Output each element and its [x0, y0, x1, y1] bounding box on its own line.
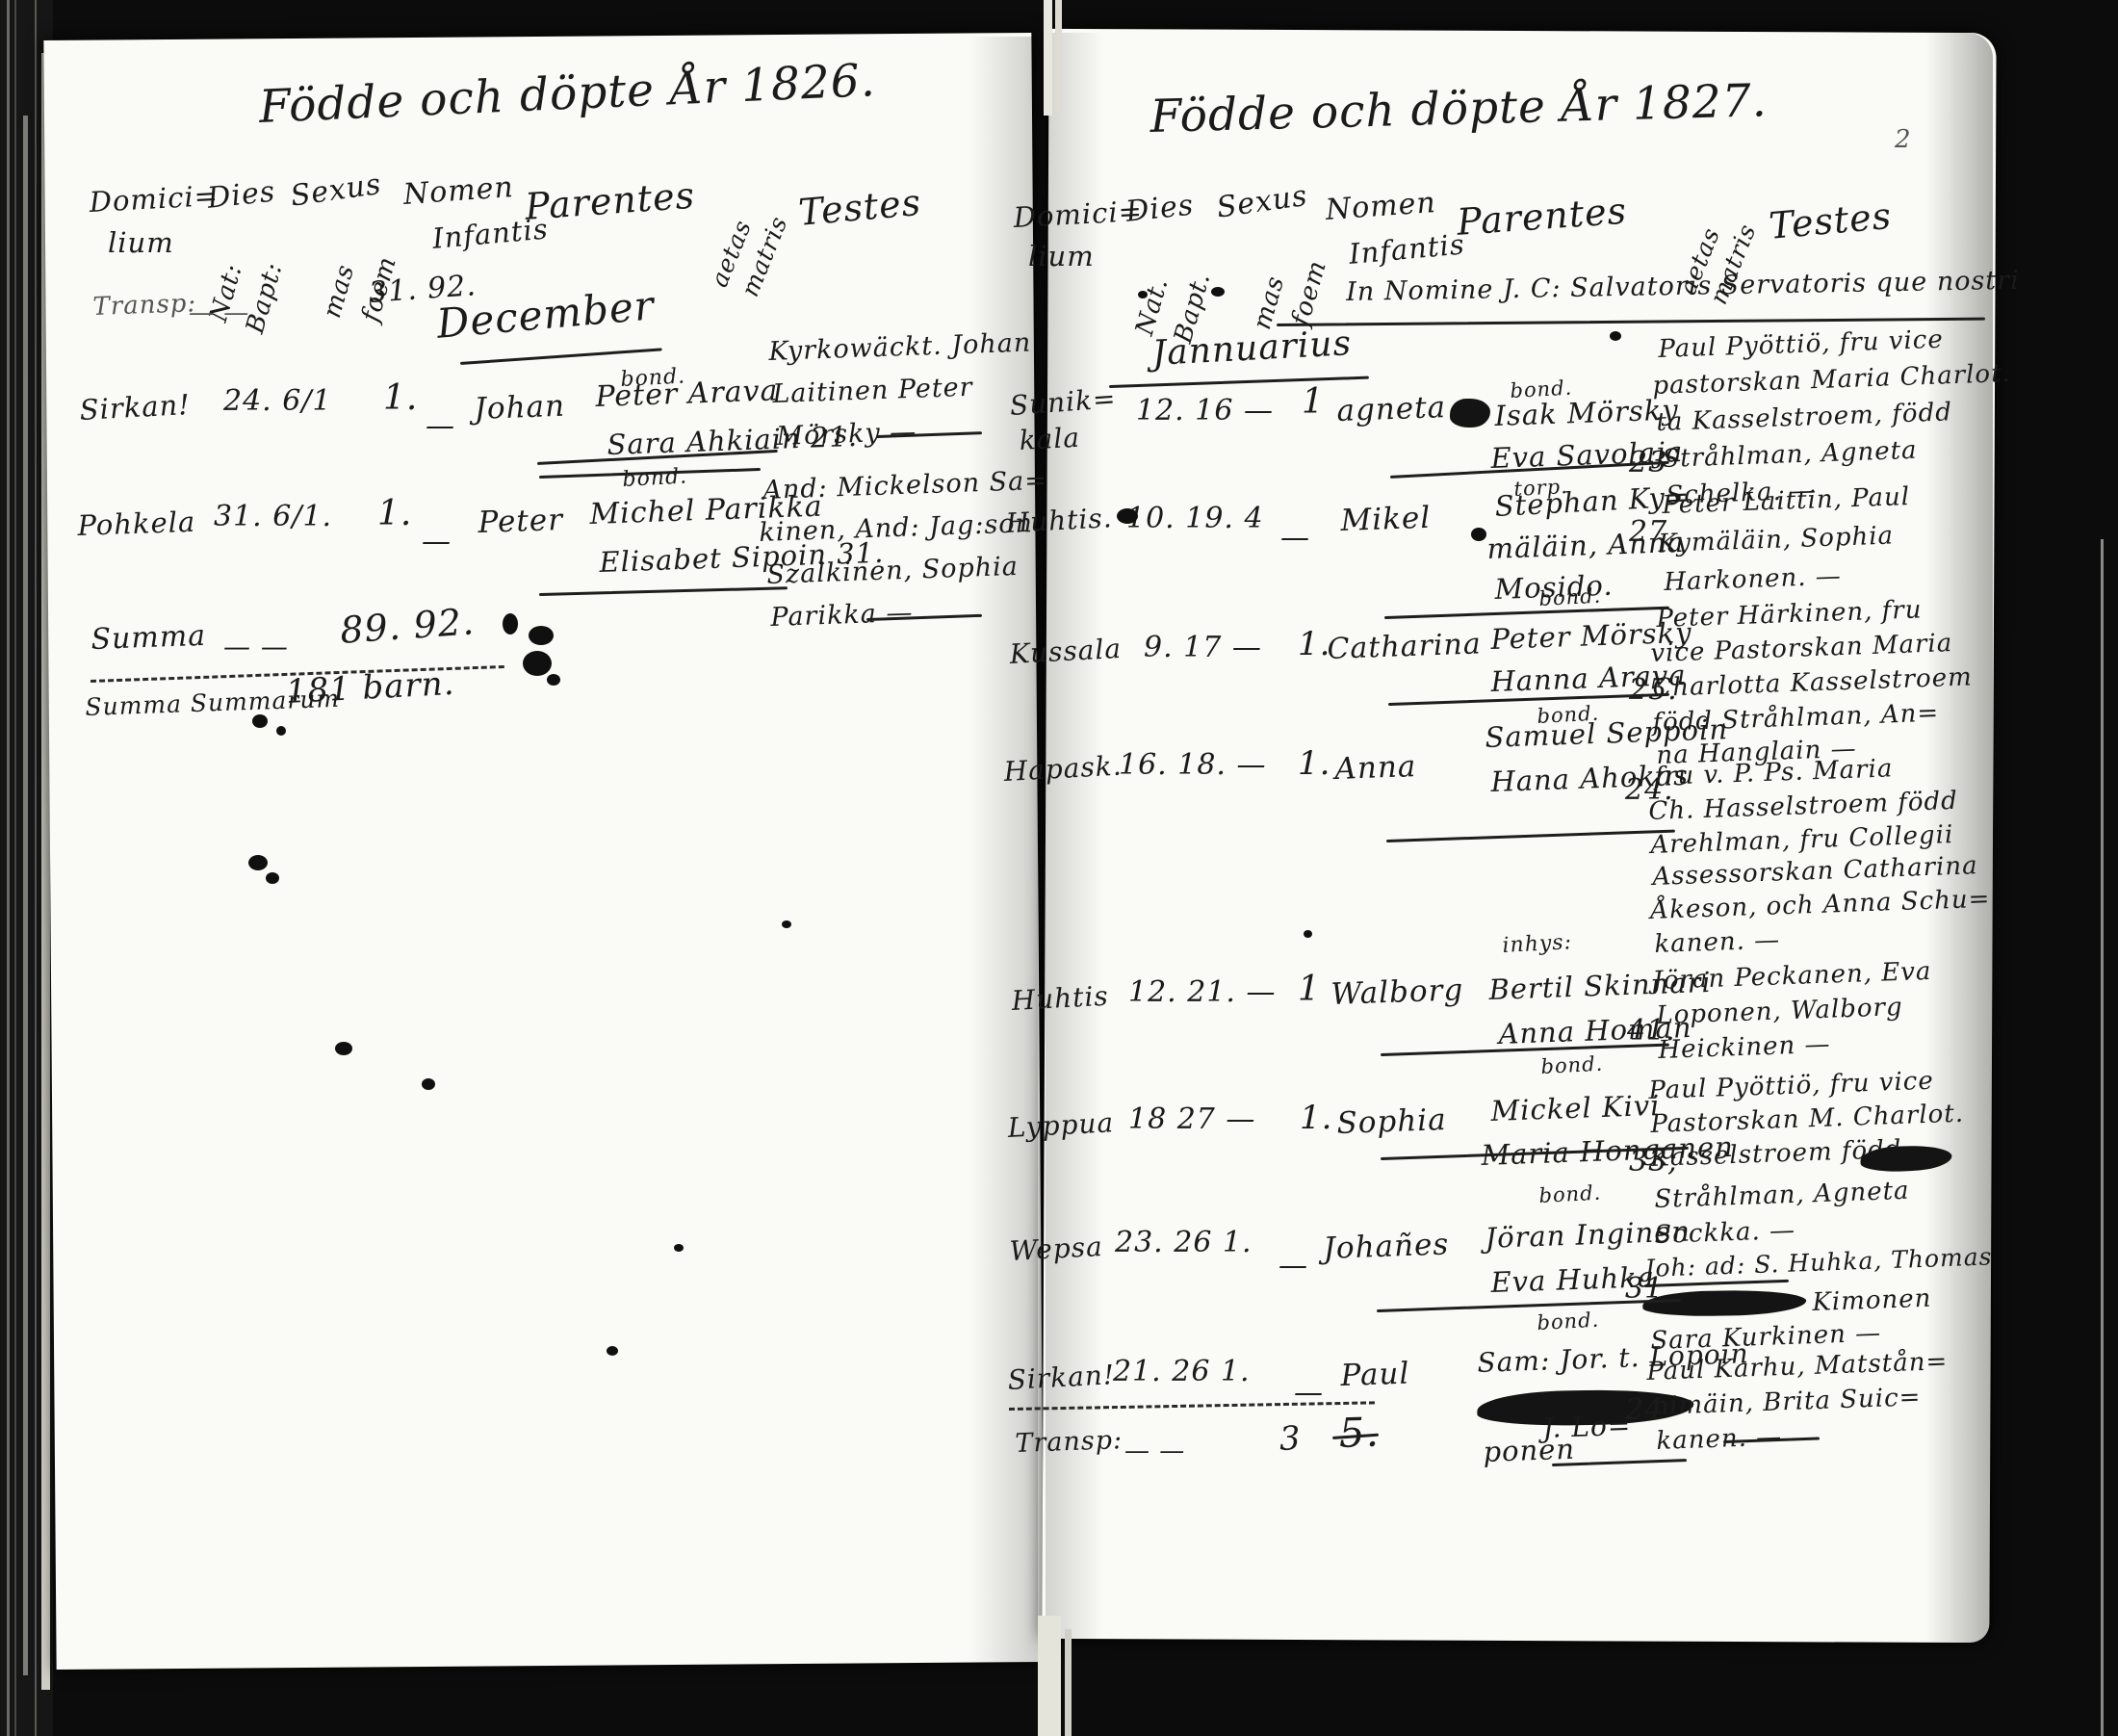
- transport-label: Transp:: [92, 291, 197, 320]
- ink-blot: [1211, 287, 1225, 297]
- summa-total: 89. 92.: [339, 603, 476, 649]
- center-page-edge: [1038, 1616, 1061, 1736]
- center-page-edge: [1044, 0, 1052, 116]
- column-header-domicilium: Domici=: [1013, 197, 1144, 232]
- entry-sex-mark: 1.: [1298, 747, 1330, 780]
- occupation-note: bond.: [1540, 1054, 1604, 1077]
- ink-blot: [252, 714, 268, 728]
- entry-child-name: Walborg: [1330, 975, 1464, 1010]
- entry-dates: 12. 16 —: [1136, 397, 1274, 426]
- ink-blot: [782, 920, 791, 928]
- ink-blot: [1610, 331, 1621, 341]
- transport-total-mas: 3: [1279, 1422, 1302, 1456]
- entry-dash: —: [422, 528, 452, 557]
- entry-dates: 18 27 —: [1128, 1105, 1255, 1134]
- entry-place: kala: [1019, 425, 1081, 454]
- column-header-dies: Dies: [1124, 192, 1196, 227]
- entry-father: Mickel Kivi: [1490, 1092, 1661, 1126]
- entry-place: Wepsa: [1009, 1233, 1103, 1265]
- entry-witnesses: kanen. —: [1654, 927, 1780, 957]
- page-corner-mark: 2: [1895, 127, 1912, 152]
- microfilm-scan: Födde och döpte År 1826. Domici= lium Di…: [0, 0, 2118, 1736]
- column-header-dies: Dies: [206, 178, 277, 214]
- entry-child-name: Paul: [1340, 1359, 1410, 1390]
- entry-dash: —: [1280, 524, 1310, 553]
- ink-blot: [1471, 528, 1486, 541]
- entry-child-name: Catharina: [1327, 630, 1482, 664]
- entry-place: Sunik=: [1009, 385, 1117, 420]
- entry-dash: —: [1279, 1252, 1308, 1281]
- ink-blot: [1304, 930, 1312, 938]
- entry-place: Kussala: [1009, 635, 1123, 668]
- scan-edge-line: [2101, 539, 2104, 1736]
- entry-child-name: Sophia: [1336, 1105, 1447, 1139]
- spine-thread-line: [7, 0, 10, 1736]
- ink-blot: [276, 726, 286, 736]
- entry-sex-mark: 1.: [377, 497, 412, 531]
- entry-child-name: agneta: [1336, 393, 1447, 427]
- spine-thread-line: [14, 0, 16, 1736]
- column-header-parentes: Parentes: [524, 177, 696, 225]
- column-header-nomen: Nomen: [1325, 189, 1437, 225]
- entry-child-name: Johan: [474, 392, 566, 425]
- entry-place: Lyppua: [1007, 1109, 1115, 1142]
- ink-blot: [1117, 508, 1138, 524]
- entry-place: Sirkan!: [1007, 1361, 1116, 1394]
- entry-dates: 12. 21. —: [1128, 978, 1277, 1007]
- column-header-domicilium: lium: [108, 229, 174, 257]
- occupation-note: bond.: [1538, 1183, 1602, 1206]
- ink-blot: [335, 1042, 352, 1055]
- entry-father: Jöran Inginen: [1485, 1218, 1692, 1253]
- entry-place: Huhtis.: [1005, 505, 1113, 537]
- column-header-parentes: Parentes: [1456, 193, 1628, 241]
- ink-blot: [674, 1244, 684, 1252]
- column-header-testes: Testes: [1768, 197, 1893, 245]
- spine-thread-line: [23, 116, 28, 1675]
- center-page-edge: [1055, 0, 1062, 116]
- entry-witnesses: Harkonen. —: [1664, 564, 1842, 595]
- entry-mother: ponen: [1483, 1436, 1576, 1466]
- entry-sex-mark: 1: [1298, 972, 1321, 1007]
- left-page: [43, 33, 1044, 1670]
- ink-blot: [523, 651, 552, 676]
- column-header-domicilium: lium: [1028, 243, 1095, 271]
- entry-child-name: Peter: [478, 505, 563, 538]
- entry-dates: 31. 6/1.: [214, 503, 332, 531]
- entry-place: Huhtis: [1011, 983, 1109, 1015]
- ink-blot: [266, 872, 279, 884]
- spine-thread-line: [35, 0, 37, 1736]
- entry-place: Sirkan!: [79, 391, 192, 425]
- summa-dashes: — —: [223, 634, 289, 661]
- entry-dates: 21. 26 1.: [1113, 1358, 1251, 1386]
- entry-father: Samuel Seppoin: [1485, 715, 1728, 752]
- entry-sex-mark: 1.: [1300, 1101, 1332, 1134]
- entry-dates: 23. 26 1.: [1115, 1229, 1253, 1257]
- entry-witnesses: Laitinen Peter: [772, 375, 973, 407]
- entry-sex-mark: 1.: [383, 381, 418, 416]
- column-header-domicilium: Domici=: [89, 182, 220, 217]
- entry-dates: 24. 6/1: [223, 387, 332, 416]
- ink-blot: [607, 1346, 618, 1356]
- entry-witnesses: Heickinen —: [1658, 1032, 1831, 1063]
- occupation-note: bond.: [622, 466, 688, 491]
- entry-witnesses: Parikka —: [770, 600, 914, 631]
- ink-blot: [422, 1078, 435, 1090]
- entry-dates: 9. 17 —: [1144, 634, 1262, 662]
- column-header-testes: Testes: [797, 184, 922, 231]
- column-header-nomen: Nomen: [402, 173, 515, 210]
- occupation-note: bond.: [1537, 1310, 1600, 1334]
- entry-place: Pohkela: [77, 508, 196, 540]
- summa-label: Summa: [90, 622, 207, 655]
- ink-blot: [248, 855, 268, 870]
- ink-blot: [547, 674, 560, 686]
- transport-dashes: — —: [189, 300, 249, 325]
- transport-dashes: — —: [1124, 1438, 1185, 1464]
- ink-blot: [503, 613, 518, 635]
- entry-child-name: Anna: [1334, 752, 1417, 785]
- center-page-edge: [1065, 1629, 1072, 1736]
- occupation-note: inhys:: [1502, 932, 1573, 957]
- entry-father: Isak Mörsky: [1494, 396, 1679, 430]
- entry-sex-mark: 1: [1302, 385, 1325, 420]
- entry-witnesses: Kimonen: [1812, 1286, 1932, 1315]
- entry-dash: —: [426, 412, 455, 441]
- entry-father: Peter Arava: [595, 376, 779, 412]
- ink-blot: [529, 626, 554, 645]
- occupation-note: bond.: [1538, 586, 1602, 609]
- ink-blot: [1138, 291, 1148, 298]
- entry-child-name: Mikel: [1340, 504, 1432, 536]
- entry-place: Hapask.: [1003, 753, 1123, 786]
- ink-smudge: [1450, 399, 1490, 428]
- entry-dates: 10. 19. 4: [1126, 505, 1264, 533]
- transport-label: Transp:: [1015, 1427, 1124, 1457]
- summa-summarum-total: 181 barn.: [285, 667, 455, 709]
- entry-dates: 16. 18. —: [1119, 751, 1267, 780]
- entry-child-name: Johañes: [1323, 1230, 1450, 1264]
